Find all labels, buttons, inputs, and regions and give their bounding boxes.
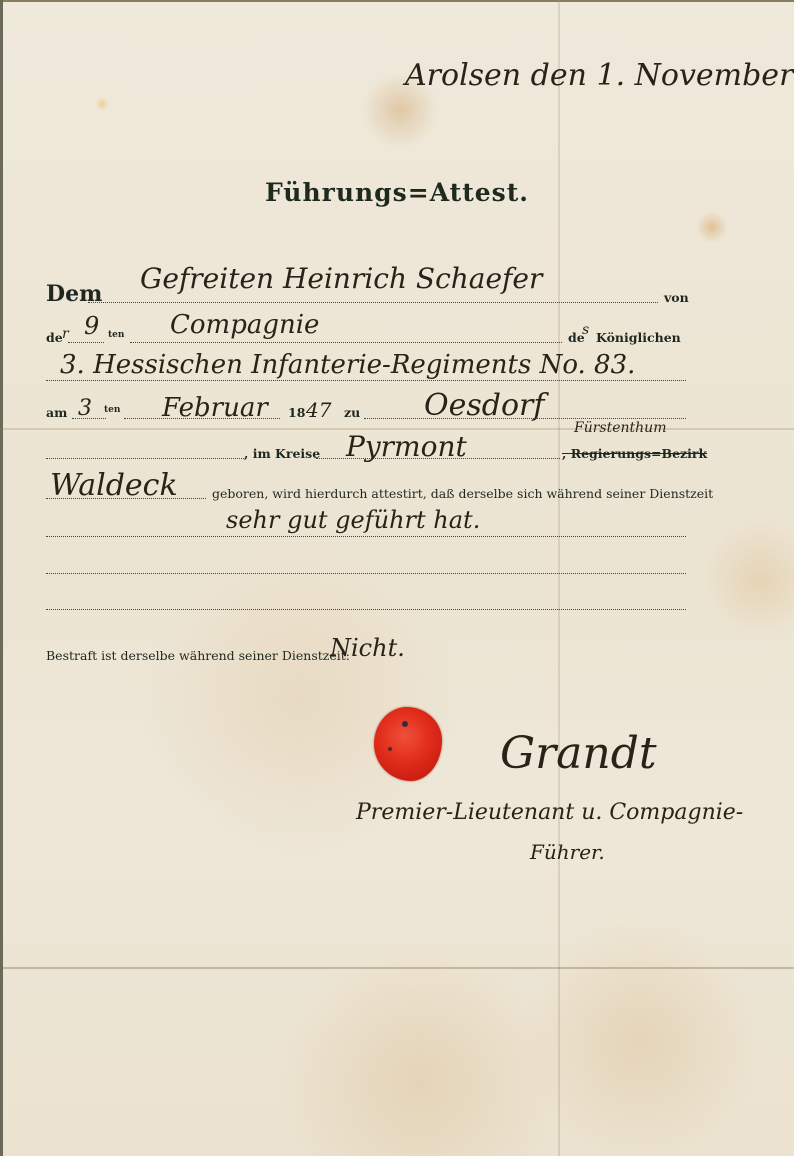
place-date: Arolsen den 1. November 1871. <box>405 58 794 93</box>
signature-rank: Premier-Lieutenant u. Compagnie- <box>356 800 743 825</box>
field-rank-name: Gefreiten Heinrich Schaefer <box>140 262 542 295</box>
page-edge-left <box>0 0 3 1156</box>
label-ten-2: ten <box>104 405 120 415</box>
field-birth-month: Februar <box>162 393 268 423</box>
field-punishment: Nicht. <box>330 634 405 662</box>
label-ten: ten <box>108 330 124 340</box>
seal-mark <box>388 747 392 751</box>
wax-seal <box>374 707 442 781</box>
label-zu: zu <box>344 405 360 420</box>
field-company-number: 9 <box>84 312 99 340</box>
field-birth-year: 47 <box>306 398 331 422</box>
fold-line-vertical <box>558 0 560 1156</box>
field-birth-place: Oesdorf <box>424 388 544 423</box>
label-year-prefix: 18 <box>288 405 305 420</box>
field-regiment: 3. Hessischen Infanterie-Regiments No. 8… <box>60 350 635 380</box>
document-title: Führungs=Attest. <box>0 178 794 207</box>
field-des-suffix: s <box>582 322 589 338</box>
field-line-5a <box>46 458 246 459</box>
label-am: am <box>46 405 67 420</box>
label-de: de <box>46 330 63 345</box>
field-fuerstenthum: Fürstenthum <box>574 420 666 436</box>
field-line-9 <box>46 609 686 610</box>
field-line-2a <box>68 342 104 343</box>
field-line-3 <box>46 380 686 381</box>
label-im-kreise: , im Kreise <box>244 446 320 461</box>
label-punishment: Bestraft ist derselbe während seiner Die… <box>46 648 350 663</box>
field-region: Waldeck <box>50 468 178 503</box>
signature-name: Grandt <box>500 728 657 779</box>
field-conduct: sehr gut geführt hat. <box>226 506 480 534</box>
field-line-1 <box>88 302 658 303</box>
label-koeniglichen: Königlichen <box>596 330 681 345</box>
fold-line-horizontal-lower <box>0 967 794 969</box>
document-page: Arolsen den 1. November 1871. Führungs=A… <box>0 0 794 1156</box>
page-edge-top <box>0 0 794 2</box>
seal-mark <box>402 721 408 727</box>
field-birth-day: 3 <box>78 396 92 421</box>
certification-text: geboren, wird hierdurch attestirt, daß d… <box>212 486 713 501</box>
label-regierungs-bezirk: , Regierungs=Bezirk <box>562 446 707 461</box>
field-unit: Compagnie <box>170 310 319 340</box>
label-dem: Dem <box>46 281 102 307</box>
field-de-suffix: r <box>62 326 69 342</box>
field-line-7 <box>46 536 686 537</box>
field-line-8 <box>46 573 686 574</box>
field-line-2b <box>130 342 562 343</box>
signature-rank-2: Führer. <box>530 840 605 864</box>
label-von: von <box>664 290 689 305</box>
field-kreis: Pyrmont <box>346 430 467 463</box>
